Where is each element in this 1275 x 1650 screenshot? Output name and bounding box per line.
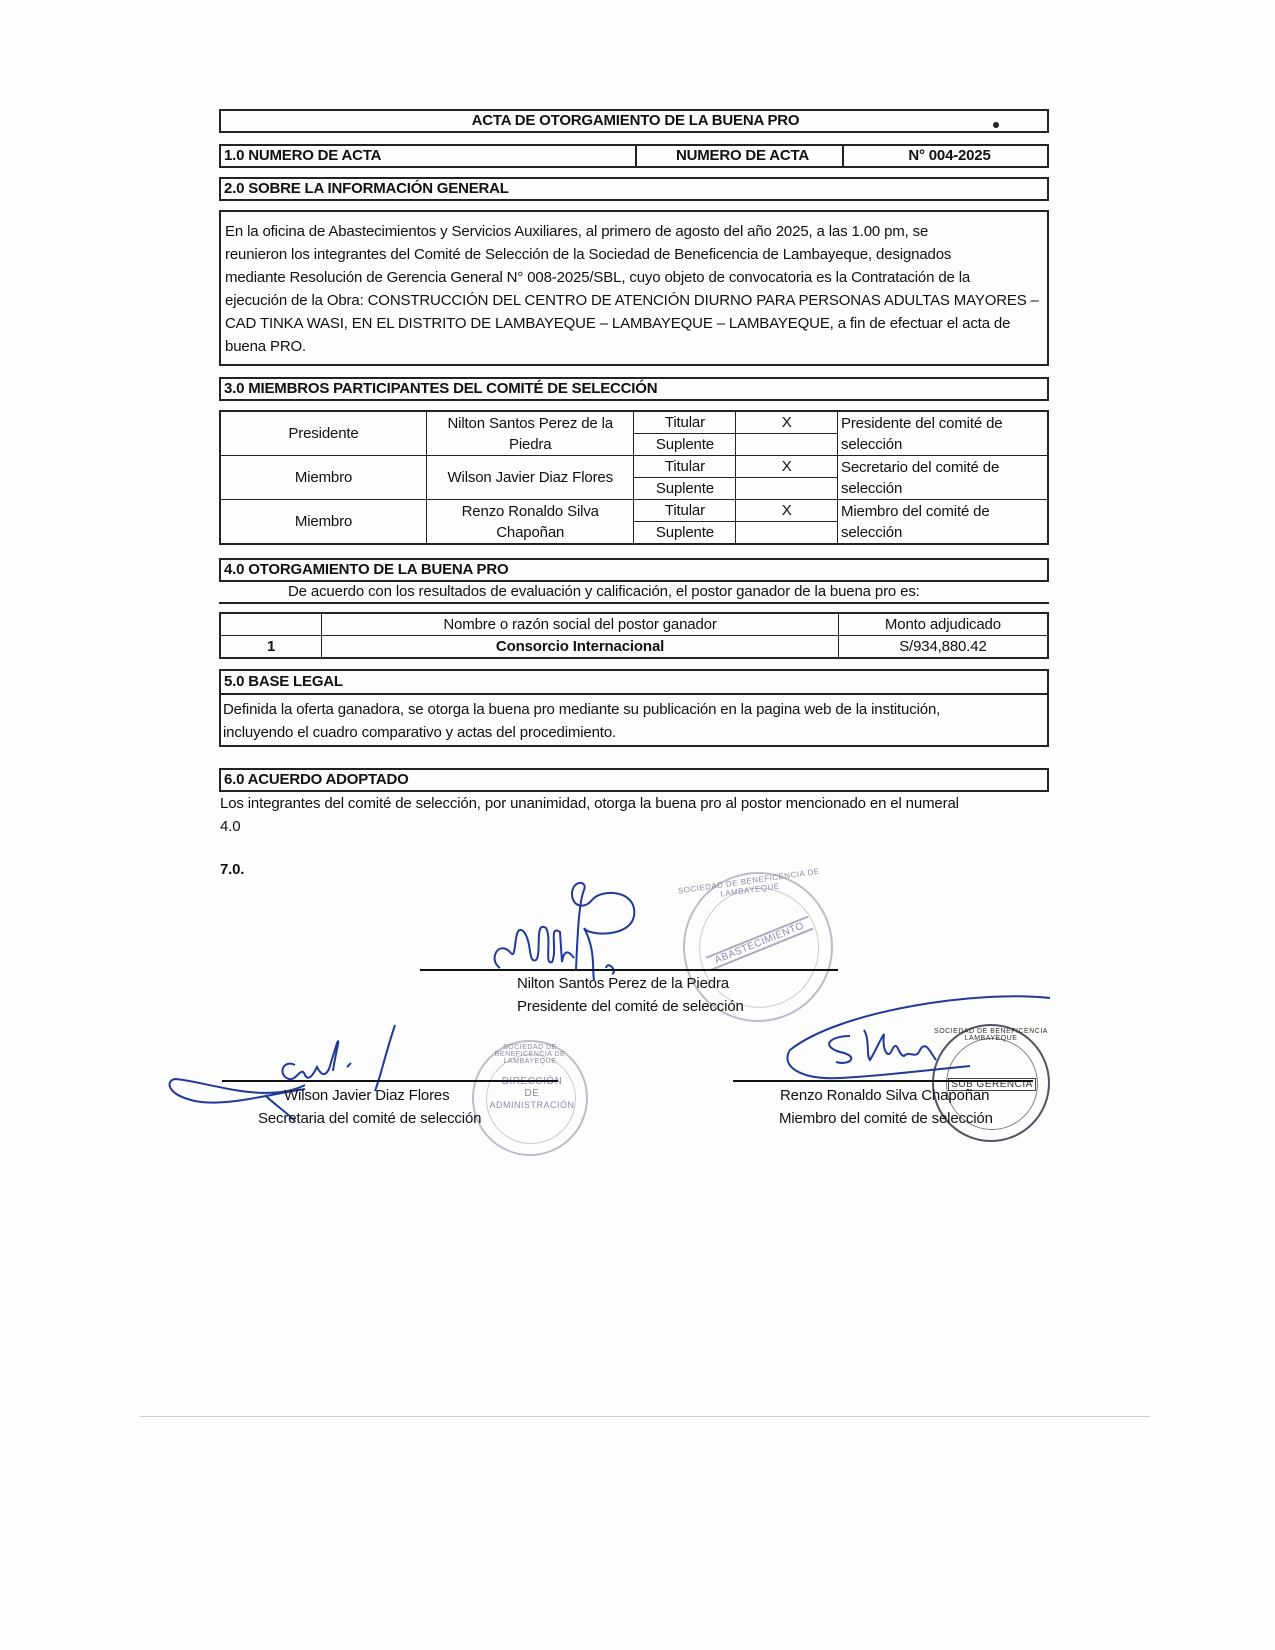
header-amount: Monto adjudicado xyxy=(838,613,1048,636)
titular-label: Titular xyxy=(634,411,736,434)
stamp-center-line: DE xyxy=(484,1088,580,1099)
member-name: Renzo Ronaldo Silva Chapoñan xyxy=(427,500,634,545)
title-box: ACTA DE OTORGAMIENTO DE LA BUENA PRO xyxy=(219,109,1049,133)
section2-body-box: En la oficina de Abastecimientos y Servi… xyxy=(219,210,1049,366)
titular-mark: X xyxy=(736,411,838,434)
member-name-line: Nilton Santos Perez de la xyxy=(430,413,630,434)
member-position-line: selección xyxy=(841,522,1044,543)
signer-name: Wilson Javier Diaz Flores xyxy=(284,1084,449,1107)
member-position-line: Presidente del comité de xyxy=(841,413,1044,434)
member-role: Miembro xyxy=(220,456,427,500)
titular-label: Titular xyxy=(634,456,736,478)
section6-heading-box: 6.0 ACUERDO ADOPTADO xyxy=(219,768,1049,792)
winner-name: Consorcio Internacional xyxy=(322,636,839,659)
suplente-mark xyxy=(736,434,838,456)
member-row: Presidente Nilton Santos Perez de la Pie… xyxy=(220,411,1048,434)
suplente-label: Suplente xyxy=(634,522,736,545)
suplente-label: Suplente xyxy=(634,478,736,500)
section6-heading: 6.0 ACUERDO ADOPTADO xyxy=(221,770,1047,790)
suplente-mark xyxy=(736,478,838,500)
page-bottom-rule xyxy=(140,1416,1150,1417)
section6-body: Los integrantes del comité de selección,… xyxy=(220,792,959,838)
section2-heading-box: 2.0 SOBRE LA INFORMACIÓN GENERAL xyxy=(219,177,1049,201)
section2-line: buena PRO. xyxy=(225,335,1047,358)
document-title: ACTA DE OTORGAMIENTO DE LA BUENA PRO xyxy=(221,111,1047,131)
stamp-direccion-administracion: SOCIEDAD DE BENEFICENCIA DE LAMBAYEQUE D… xyxy=(472,1040,588,1156)
stamp-ring-text: SOCIEDAD DE BENEFICENCIA DE LAMBAYEQUE xyxy=(474,1044,586,1065)
section5-box: 5.0 BASE LEGAL Definida la oferta ganado… xyxy=(219,669,1049,747)
members-table: Presidente Nilton Santos Perez de la Pie… xyxy=(219,410,1049,545)
acta-number-label: NUMERO DE ACTA xyxy=(637,146,845,166)
section7-heading: 7.0. xyxy=(217,860,244,880)
member-position-line: Miembro del comité de xyxy=(841,501,1044,522)
section1-box: 1.0 NUMERO DE ACTA NUMERO DE ACTA N° 004… xyxy=(219,144,1049,168)
titular-mark: X xyxy=(736,500,838,522)
member-position-line: selección xyxy=(841,434,1044,455)
section4-rule xyxy=(219,602,1049,604)
member-position: Secretario del comité de selección xyxy=(837,456,1048,500)
signer-title: Presidente del comité de selección xyxy=(517,995,744,1018)
member-position-line: Secretario del comité de xyxy=(841,457,1044,478)
section2-line: En la oficina de Abastecimientos y Servi… xyxy=(225,220,1047,243)
winner-row: 1 Consorcio Internacional S/934,880.42 xyxy=(220,636,1048,659)
header-num xyxy=(220,613,322,636)
member-role: Presidente xyxy=(220,411,427,456)
section4-heading-box: 4.0 OTORGAMIENTO DE LA BUENA PRO xyxy=(219,558,1049,582)
section2-line: mediante Resolución de Gerencia General … xyxy=(225,266,1047,289)
section3-heading: 3.0 MIEMBROS PARTICIPANTES DEL COMITÉ DE… xyxy=(221,379,1047,399)
signer-title: Miembro del comité de selección xyxy=(779,1107,993,1130)
member-position: Presidente del comité de selección xyxy=(837,411,1048,456)
member-name-line: Piedra xyxy=(430,434,630,455)
member-name: Wilson Javier Diaz Flores xyxy=(427,456,634,500)
header-name: Nombre o razón social del postor ganador xyxy=(322,613,839,636)
member-role: Miembro xyxy=(220,500,427,545)
winner-table-header: Nombre o razón social del postor ganador… xyxy=(220,613,1048,636)
stamp-center-line: ADMINISTRACIÓN xyxy=(484,1100,580,1110)
titular-mark: X xyxy=(736,456,838,478)
winner-table: Nombre o razón social del postor ganador… xyxy=(219,612,1049,659)
section4-heading: 4.0 OTORGAMIENTO DE LA BUENA PRO xyxy=(221,560,1047,580)
section5-line: incluyendo el cuadro comparativo y actas… xyxy=(223,721,1047,744)
section5-heading: 5.0 BASE LEGAL xyxy=(221,671,1047,695)
member-name-line: Chapoñan xyxy=(430,522,630,543)
winner-num: 1 xyxy=(220,636,322,659)
section5-line: Definida la oferta ganadora, se otorga l… xyxy=(223,698,1047,721)
section6-line: Los integrantes del comité de selección,… xyxy=(220,792,959,815)
acta-number-value: N° 004-2025 xyxy=(844,146,1052,166)
signer-name: Renzo Ronaldo Silva Chapoñan xyxy=(780,1084,989,1107)
member-name: Nilton Santos Perez de la Piedra xyxy=(427,411,634,456)
signature-line xyxy=(222,1080,558,1082)
section2-heading: 2.0 SOBRE LA INFORMACIÓN GENERAL xyxy=(221,179,1047,199)
signer-name: Nilton Santos Perez de la Piedra xyxy=(517,972,729,995)
signature-line xyxy=(733,1080,1033,1082)
section2-line: CAD TINKA WASI, EN EL DISTRITO DE LAMBAY… xyxy=(225,312,1047,335)
suplente-label: Suplente xyxy=(634,434,736,456)
member-name-line: Wilson Javier Diaz Flores xyxy=(430,467,630,488)
winner-amount: S/934,880.42 xyxy=(838,636,1048,659)
section6-line: 4.0 xyxy=(220,815,959,838)
section2-line: reunieron los integrantes del Comité de … xyxy=(225,243,1047,266)
member-position: Miembro del comité de selección xyxy=(837,500,1048,545)
section1-heading: 1.0 NUMERO DE ACTA xyxy=(221,146,381,166)
document-page: ACTA DE OTORGAMIENTO DE LA BUENA PRO 1.0… xyxy=(0,0,1275,1650)
section4-intro: De acuerdo con los resultados de evaluac… xyxy=(288,580,920,603)
signature-line xyxy=(420,969,838,971)
member-row: Miembro Renzo Ronaldo Silva Chapoñan Tit… xyxy=(220,500,1048,522)
member-row: Miembro Wilson Javier Diaz Flores Titula… xyxy=(220,456,1048,478)
member-name-line: Renzo Ronaldo Silva xyxy=(430,501,630,522)
member-position-line: selección xyxy=(841,478,1044,499)
suplente-mark xyxy=(736,522,838,545)
signer-title: Secretaria del comité de selección xyxy=(258,1107,481,1130)
section2-line: ejecución de la Obra: CONSTRUCCIÓN DEL C… xyxy=(225,289,1047,312)
titular-label: Titular xyxy=(634,500,736,522)
section3-heading-box: 3.0 MIEMBROS PARTICIPANTES DEL COMITÉ DE… xyxy=(219,377,1049,401)
dot-mark xyxy=(993,122,999,128)
